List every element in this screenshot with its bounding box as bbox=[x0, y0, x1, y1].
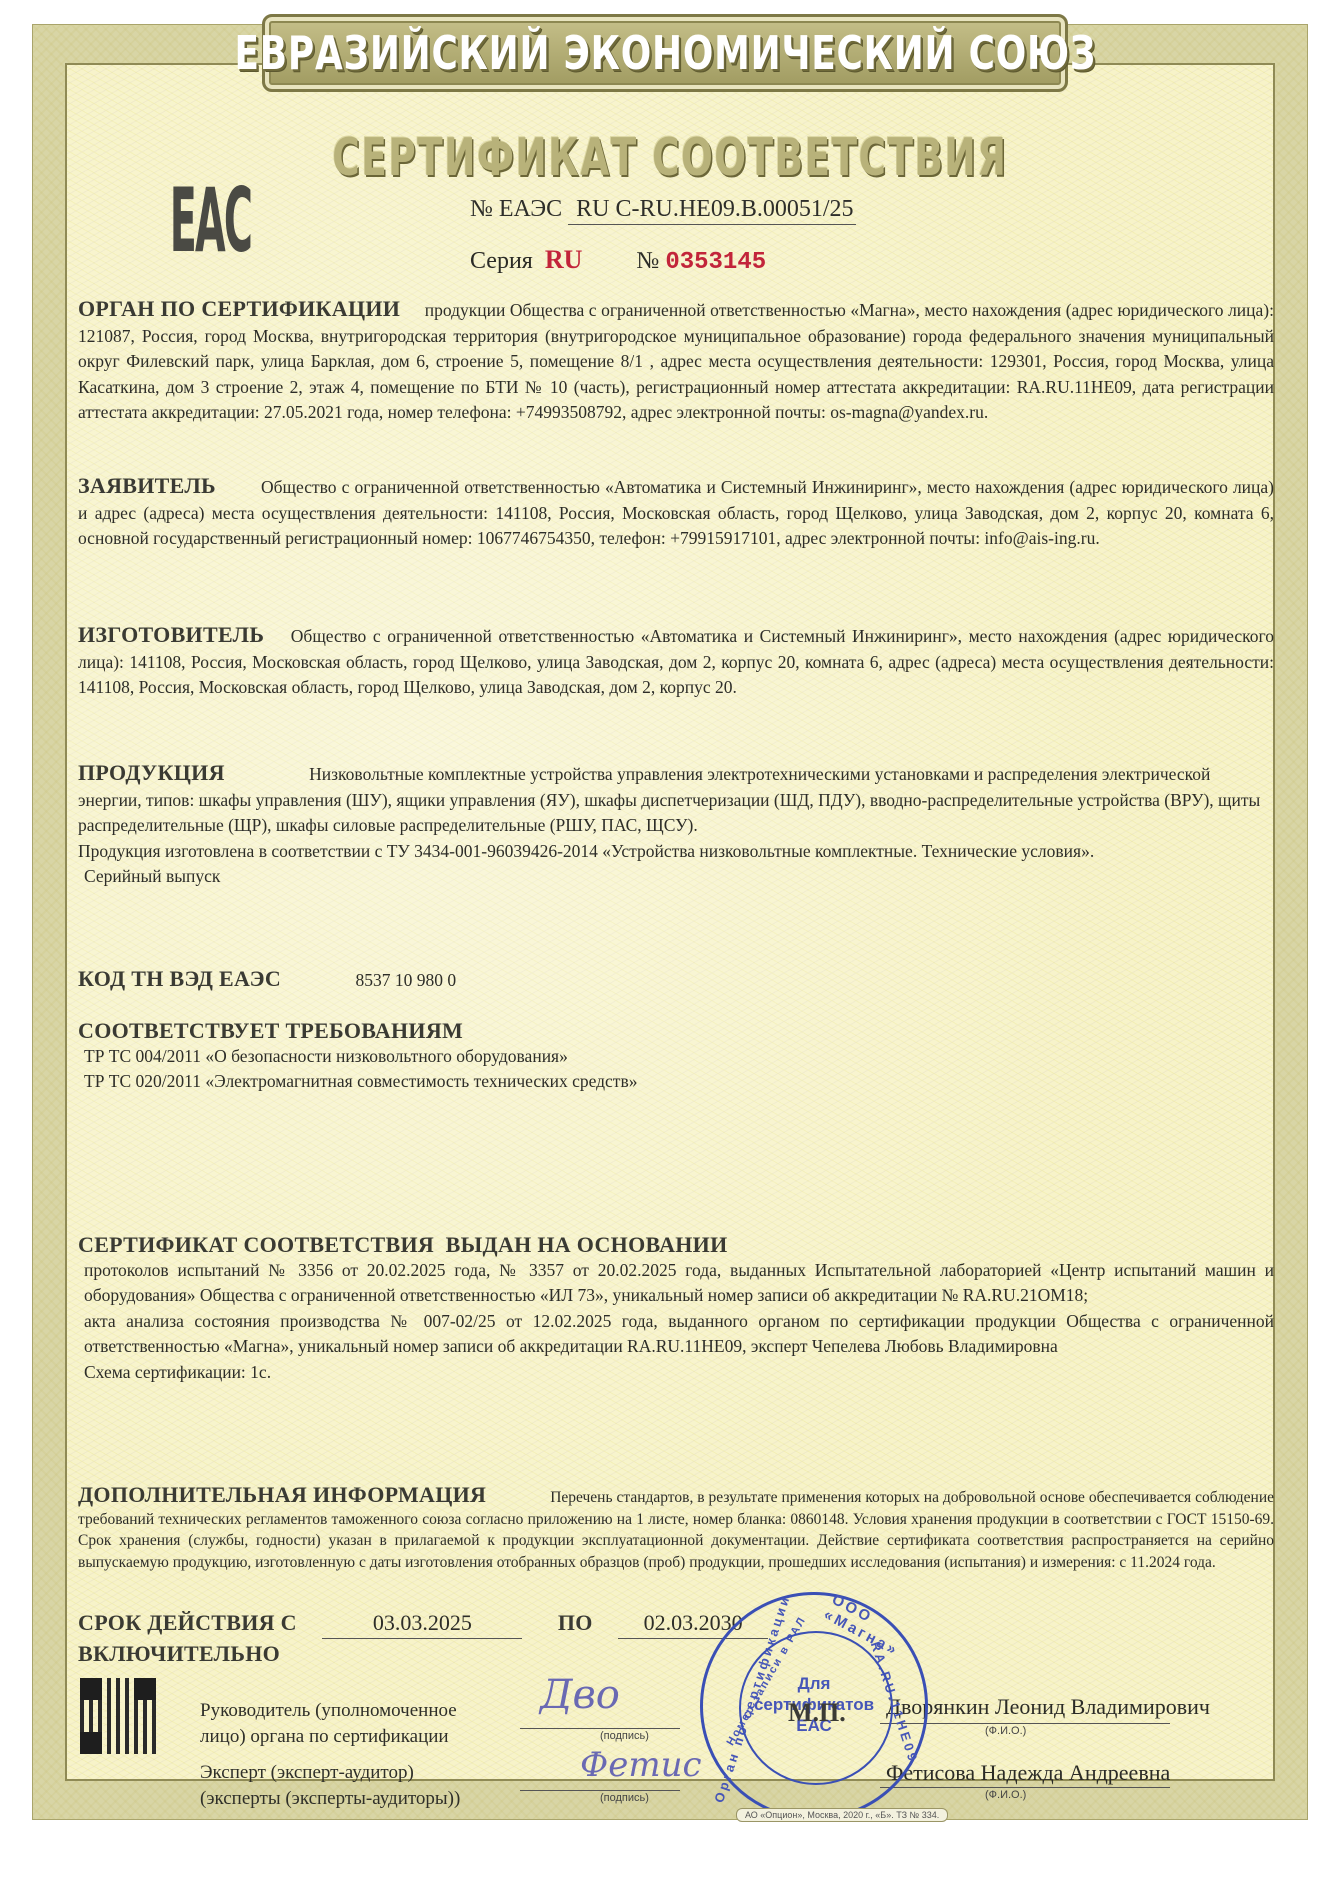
applicant-label: ЗАЯВИТЕЛЬ bbox=[78, 473, 216, 498]
product-text: Низковольтные комплектные устройства упр… bbox=[78, 764, 1260, 835]
validity-date-from: 03.03.2025 bbox=[322, 1608, 522, 1639]
product-label: ПРОДУКЦИЯ bbox=[78, 760, 225, 785]
series-line: Серия RU № 0353145 bbox=[470, 245, 766, 276]
expert-signature-line bbox=[520, 1790, 680, 1791]
applicant-section: ЗАЯВИТЕЛЬ Общество с ограниченной ответс… bbox=[78, 473, 1274, 552]
requirement-item: ТР ТС 020/2011 «Электромагнитная совмест… bbox=[78, 1069, 1274, 1095]
validity-section: СРОК ДЕЙСТВИЯ С 03.03.2025 ПО 02.03.2030… bbox=[78, 1608, 1274, 1669]
hs-code-section: КОД ТН ВЭД ЕАЭС 8537 10 980 0 bbox=[78, 966, 1274, 994]
expert-name-line bbox=[880, 1787, 1170, 1788]
validity-to-label: ПО bbox=[558, 1610, 593, 1635]
expert-signature-label: Эксперт (эксперт-аудитор) (эксперты (экс… bbox=[200, 1760, 460, 1812]
form-number-label: № bbox=[636, 248, 659, 274]
basis-label: СЕРТИФИКАТ СООТВЕТСТВИЯ ВЫДАН НА ОСНОВАН… bbox=[78, 1232, 1254, 1258]
head-signature-caption: (подпись) bbox=[600, 1730, 649, 1742]
eac-logo-icon: ЕАС bbox=[165, 170, 255, 270]
head-signature-label: Руководитель (уполномоченное лицо) орган… bbox=[200, 1698, 457, 1750]
certification-body-section: ОРГАН ПО СЕРТИФИКАЦИИ продукции Общества… bbox=[78, 296, 1274, 426]
head-signature-scribble: Дво bbox=[540, 1672, 620, 1718]
form-number-value: 0353145 bbox=[665, 249, 766, 276]
expert-signature-scribble: Фетис bbox=[580, 1745, 702, 1785]
manufacturer-section: ИЗГОТОВИТЕЛЬ Общество с ограниченной отв… bbox=[78, 622, 1274, 701]
head-signature-line bbox=[520, 1728, 680, 1729]
requirements-section: СООТВЕТСТВУЕТ ТРЕБОВАНИЯМ ТР ТС 004/2011… bbox=[78, 1018, 1274, 1095]
expert-signature-caption: (подпись) bbox=[600, 1792, 649, 1804]
certificate-number-value: RU C-RU.HE09.B.00051/25 bbox=[568, 196, 855, 225]
seal-place-mark: М.П. bbox=[788, 1698, 846, 1728]
hs-code-value: 8537 10 980 0 bbox=[355, 970, 456, 990]
head-name-caption: (Ф.И.О.) bbox=[985, 1725, 1026, 1737]
basis-protocols: протоколов испытаний № 3356 от 20.02.202… bbox=[78, 1258, 1274, 1309]
document-title: СЕРТИФИКАТ СООТВЕТСТВИЯ bbox=[332, 128, 1007, 188]
validity-inclusive-label: ВКЛЮЧИТЕЛЬНО bbox=[78, 1639, 1254, 1669]
product-section: ПРОДУКЦИЯ Низковольтные комплектные устр… bbox=[78, 760, 1274, 890]
production-type: Серийный выпуск bbox=[78, 864, 1274, 890]
basis-section: СЕРТИФИКАТ СООТВЕТСТВИЯ ВЫДАН НА ОСНОВАН… bbox=[78, 1232, 1274, 1385]
hs-code-label: КОД ТН ВЭД ЕАЭС bbox=[78, 966, 281, 991]
additional-info-section: ДОПОЛНИТЕЛЬНАЯ ИНФОРМАЦИЯ Перечень станд… bbox=[78, 1484, 1274, 1573]
expert-name-caption: (Ф.И.О.) bbox=[985, 1789, 1026, 1801]
requirements-label: СООТВЕТСТВУЕТ ТРЕБОВАНИЯМ bbox=[78, 1018, 1254, 1044]
certificate-number: № ЕАЭС RU C-RU.HE09.B.00051/25 bbox=[470, 196, 856, 223]
additional-info-label: ДОПОЛНИТЕЛЬНАЯ ИНФОРМАЦИЯ bbox=[78, 1482, 486, 1507]
printer-imprint: АО «Опцион», Москва, 2020 г., «Б». ТЗ № … bbox=[736, 1808, 948, 1822]
certification-scheme: Схема сертификации: 1с. bbox=[78, 1360, 1274, 1386]
expert-name: Фетисова Надежда Андреевна bbox=[886, 1760, 1170, 1786]
basis-analysis-act: акта анализа состояния производства № 00… bbox=[78, 1309, 1274, 1360]
union-name: ЕВРАЗИЙСКИЙ ЭКОНОМИЧЕСКИЙ СОЮЗ bbox=[234, 26, 1096, 80]
requirement-item: ТР ТС 004/2011 «О безопасности низковоль… bbox=[78, 1044, 1274, 1070]
manufacturer-label: ИЗГОТОВИТЕЛЬ bbox=[78, 622, 264, 647]
series-value: RU bbox=[545, 245, 583, 274]
qr-code-icon[interactable] bbox=[80, 1678, 156, 1754]
certification-body-label: ОРГАН ПО СЕРТИФИКАЦИИ bbox=[78, 296, 400, 321]
validity-from-label: СРОК ДЕЙСТВИЯ С bbox=[78, 1610, 297, 1635]
series-label: Серия bbox=[470, 248, 533, 274]
union-name-banner: ЕВРАЗИЙСКИЙ ЭКОНОМИЧЕСКИЙ СОЮЗ bbox=[262, 14, 1068, 92]
product-standard-text: Продукция изготовлена в соответствии с Т… bbox=[78, 839, 1274, 865]
certificate-number-label: № ЕАЭС bbox=[470, 196, 562, 222]
applicant-text: Общество с ограниченной ответственностью… bbox=[78, 477, 1274, 548]
head-name: Дворянкин Леонид Владимирович bbox=[886, 1694, 1210, 1720]
